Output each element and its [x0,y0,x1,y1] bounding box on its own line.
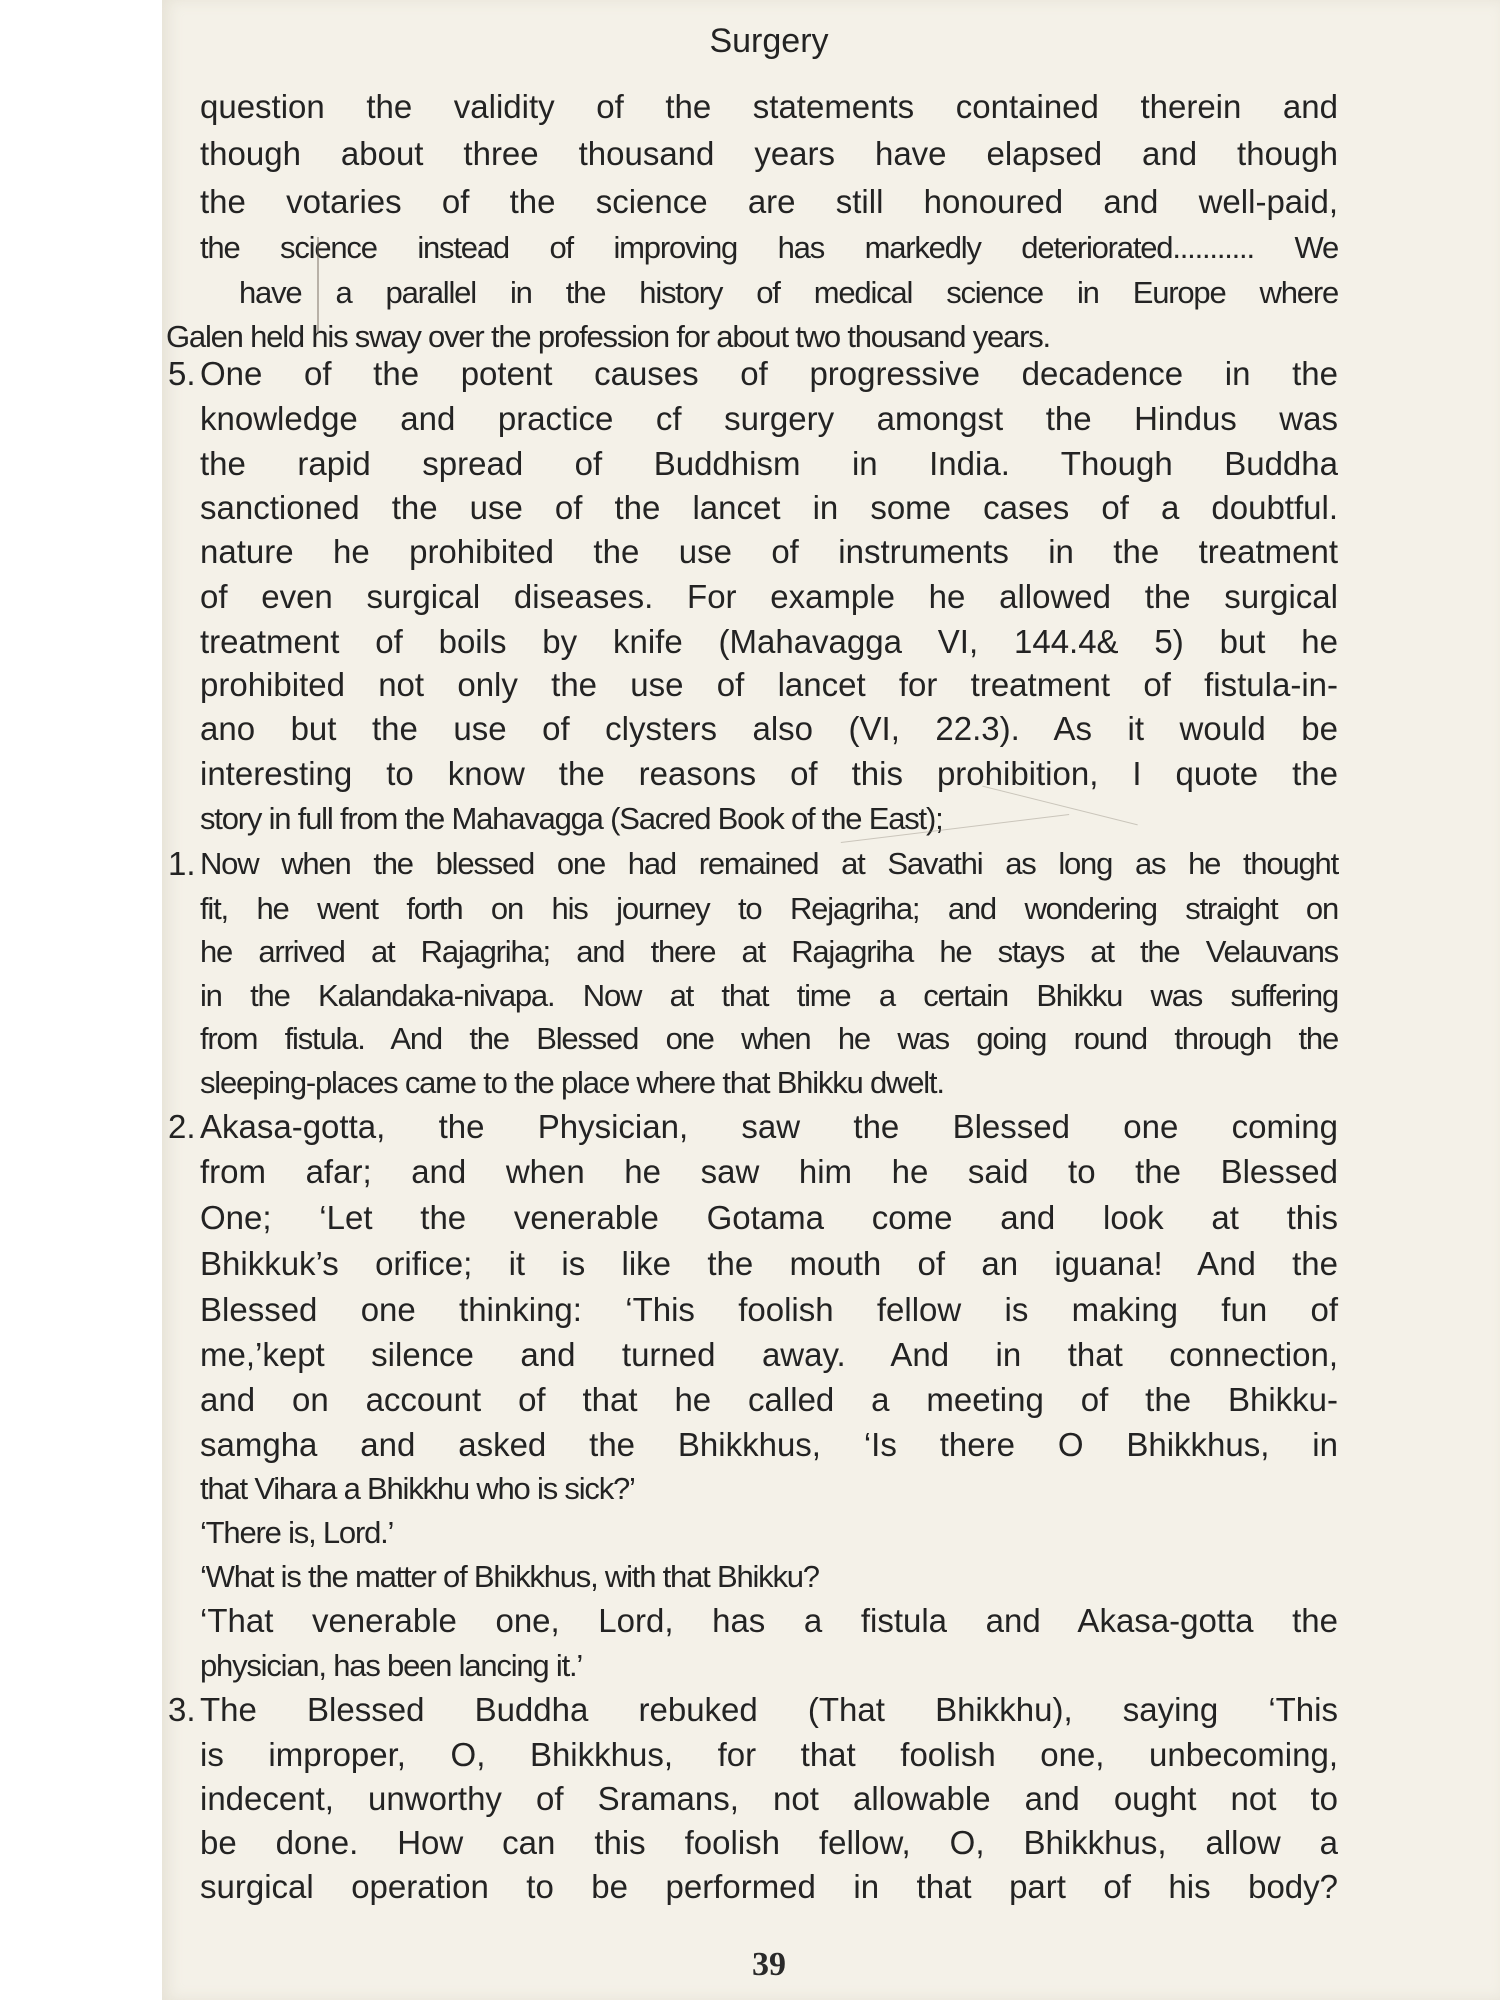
text-line: ‘That venerable one, Lord, has a fistula… [200,1602,1338,1640]
text-line: me,’kept silence and turned away. And in… [200,1336,1338,1374]
text-line: One of the potent causes of progressive … [200,355,1338,393]
text-line: though about three thousand years have e… [200,135,1338,173]
text-line: knowledge and practice cf surgery amongs… [200,400,1338,438]
text-line: physician, has been lancing it.’ [200,1647,1338,1685]
text-line: ano but the use of clysters also (VI, 22… [200,710,1338,748]
text-line: Now when the blessed one had remained at… [200,845,1338,883]
text-line: nature he prohibited the use of instrume… [200,533,1338,571]
text-line: of even surgical diseases. For example h… [200,578,1338,616]
text-line: and on account of that he called a meeti… [200,1381,1338,1419]
scanned-book-page: Surgery question the validity of the sta… [0,0,1500,2000]
text-line: ‘What is the matter of Bhikkhus, with th… [200,1558,1338,1596]
text-line: treatment of boils by knife (Mahavagga V… [200,623,1338,661]
text-line: the science instead of improving has mar… [200,229,1338,267]
text-line: indecent, unworthy of Sramans, not allow… [200,1780,1338,1818]
text-line: One; ‘Let the venerable Gotama come and … [200,1199,1338,1237]
text-line: story in full from the Mahavagga (Sacred… [200,800,1338,838]
text-line: surgical operation to be performed in th… [200,1868,1338,1906]
text-line: Galen held his sway over the profession … [166,318,1338,356]
page-title: Surgery [200,22,1338,61]
text-line: prohibited not only the use of lancet fo… [200,666,1338,704]
text-line: fit, he went forth on his journey to Rej… [200,890,1338,928]
scan-crease-artifact [317,237,319,333]
text-line: Blessed one thinking: ‘This foolish fell… [200,1291,1338,1329]
text-line: that Vihara a Bhikkhu who is sick?’ [200,1470,1338,1508]
text-line: is improper, O, Bhikkhus, for that fooli… [200,1736,1338,1774]
text-line: samgha and asked the Bhikkhus, ‘Is there… [200,1426,1338,1464]
text-line: he arrived at Rajagriha; and there at Ra… [200,933,1338,971]
text-line: sleeping-places came to the place where … [200,1064,1338,1102]
text-line: ‘There is, Lord.’ [200,1514,1338,1552]
text-line: the rapid spread of Buddhism in India. T… [200,445,1338,483]
text-line: from afar; and when he saw him he said t… [200,1153,1338,1191]
text-line: from fistula. And the Blessed one when h… [200,1020,1338,1058]
text-line: interesting to know the reasons of this … [200,755,1338,793]
text-line: be done. How can this foolish fellow, O,… [200,1824,1338,1862]
text-line: the votaries of the science are still ho… [200,183,1338,221]
text-line: question the validity of the statements … [200,88,1338,126]
text-line: Bhikkuk’s orifice; it is like the mouth … [200,1245,1338,1283]
text-line: The Blessed Buddha rebuked (That Bhikkhu… [200,1691,1338,1729]
text-line: Akasa-gotta, the Physician, saw the Bles… [200,1108,1338,1146]
text-line: have a parallel in the history of medica… [239,274,1338,312]
text-line: sanctioned the use of the lancet in some… [200,489,1338,527]
text-line: in the Kalandaka-nivapa. Now at that tim… [200,977,1338,1015]
page-number: 39 [200,1946,1338,1984]
